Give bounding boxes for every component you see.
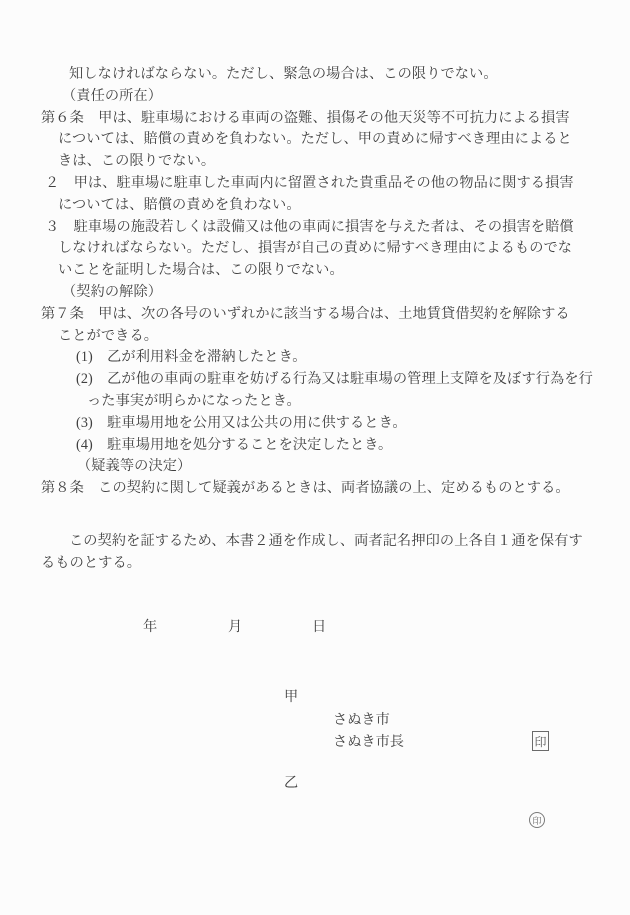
party-a-name: さぬき市 [333, 712, 390, 728]
doc-line: (1) 乙が利用料金を滞納したとき。 [76, 347, 593, 369]
doc-line: この契約を証するため、本書２通を作成し、両者記名押印の上各自１通を保有す [69, 531, 583, 553]
party-a-label: 甲 [284, 689, 298, 705]
doc-line: (2) 乙が他の車両の駐車を妨げる行為又は駐車場の管理上支障を及ぼす行為を行 [76, 369, 593, 391]
contract-body: 知しなければならない。ただし、緊急の場合は、この限りでない。（責任の所在）第６条… [0, 64, 593, 500]
doc-line: (3) 駐車場用地を公用又は公共の用に供するとき。 [76, 413, 593, 435]
closing-paragraph: この契約を証するため、本書２通を作成し、両者記名押印の上各自１通を保有するものと… [0, 531, 583, 575]
contract-page: 知しなければならない。ただし、緊急の場合は、この限りでない。（責任の所在）第６条… [0, 0, 630, 915]
doc-line: るものとする。 [41, 553, 583, 575]
doc-line: きは、この限りでない。 [58, 151, 593, 173]
year-label: 年 [143, 619, 157, 635]
doc-line: 知しなければならない。ただし、緊急の場合は、この限りでない。 [69, 64, 593, 86]
doc-line: （疑義等の決定） [77, 456, 593, 478]
doc-line: 第７条 甲は、次の各号のいずれかに該当する場合は、土地賃貸借契約を解除する [41, 304, 593, 326]
doc-line: った事実が明らかになったとき。 [87, 391, 593, 413]
doc-line: しなければならない。ただし、損害が自己の責めに帰すべき理由によるものでな [58, 238, 593, 260]
round-seal-icon: 印 [529, 812, 545, 828]
doc-line: （契約の解除） [62, 282, 593, 304]
day-label: 日 [312, 619, 326, 635]
doc-line: については、賠償の責めを負わない。ただし、甲の責めに帰すべき理由によると [58, 129, 593, 151]
party-a-title: さぬき市長 [333, 734, 404, 750]
doc-line: (4) 駐車場用地を処分することを決定したとき。 [76, 435, 593, 457]
doc-line: ２ 甲は、駐車場に駐車した車両内に留置された貴重品その他の物品に関する損害 [45, 173, 593, 195]
square-seal-icon: 印 [532, 731, 549, 751]
doc-line: ３ 駐車場の施設若しくは設備又は他の車両に損害を与えた者は、その損害を賠償 [45, 217, 593, 239]
doc-line: については、賠償の責めを負わない。 [58, 195, 593, 217]
doc-line: 第６条 甲は、駐車場における車両の盗難、損傷その他天災等不可抗力による損害 [41, 108, 593, 130]
doc-line: （責任の所在） [62, 86, 593, 108]
doc-line: ことができる。 [58, 326, 593, 348]
doc-line: いことを証明した場合は、この限りでない。 [58, 260, 593, 282]
month-label: 月 [228, 619, 242, 635]
party-b-label: 乙 [284, 775, 298, 791]
doc-line: 第８条 この契約に関して疑義があるときは、両者協議の上、定めるものとする。 [41, 478, 593, 500]
